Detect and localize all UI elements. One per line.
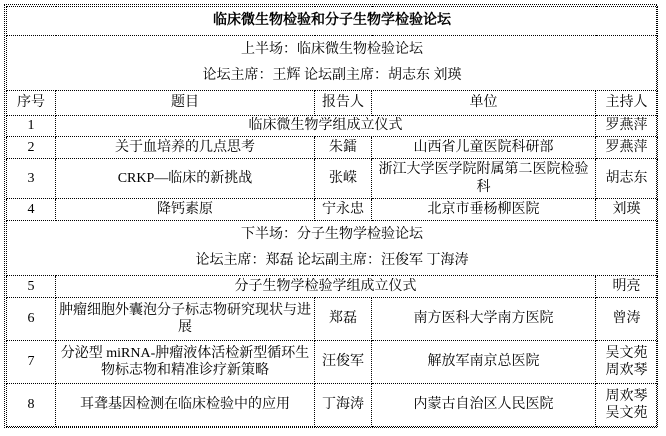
section-2-chairs: 论坛主席：郑磊 论坛副主席：汪俊军 丁海涛 xyxy=(9,248,655,274)
row-no: 4 xyxy=(7,199,56,221)
row-host: 明亮 xyxy=(596,276,658,298)
row-speaker: 张嵘 xyxy=(315,159,372,199)
row-host: 罗燕萍 xyxy=(596,137,658,159)
row-speaker: 丁海涛 xyxy=(315,384,372,427)
row-host: 周欢琴 吴文苑 xyxy=(596,384,658,427)
table-row-4: 4 降钙素原 宁永忠 北京市垂杨柳医院 刘瑛 xyxy=(7,199,658,221)
section-1-info: 上半场：临床微生物检验论坛 论坛主席：王辉 论坛副主席：胡志东 刘瑛 xyxy=(7,36,658,91)
row-no: 5 xyxy=(7,276,56,298)
row-no: 1 xyxy=(7,116,56,137)
row-title: 关于血培养的几点思考 xyxy=(56,137,315,159)
conference-program-page: 临床微生物检验和分子生物学检验论坛 上半场：临床微生物检验论坛 论坛主席：王辉 … xyxy=(0,0,666,436)
table-row-6: 6 肿瘤细胞外囊泡分子标志物研究现状与进展 郑磊 南方医科大学南方医院 曾涛 xyxy=(7,298,658,341)
table-row-1: 1 临床微生物学组成立仪式 罗燕萍 xyxy=(7,116,658,137)
row-host: 刘瑛 xyxy=(596,199,658,221)
col-header-title: 题目 xyxy=(56,91,315,116)
row-host: 胡志东 xyxy=(596,159,658,199)
col-header-no: 序号 xyxy=(7,91,56,116)
row-org: 南方医科大学南方医院 xyxy=(372,298,596,341)
section-1-chairs: 论坛主席：王辉 论坛副主席：胡志东 刘瑛 xyxy=(9,63,655,89)
row-org: 内蒙古自治区人民医院 xyxy=(372,384,596,427)
table-row-5: 5 分子生物学检验学组成立仪式 明亮 xyxy=(7,276,658,298)
row-title: 降钙素原 xyxy=(56,199,315,221)
row-no: 8 xyxy=(7,384,56,427)
row-title: 耳聋基因检测在临床检验中的应用 xyxy=(56,384,315,427)
section-2-row: 下半场：分子生物学检验论坛 论坛主席：郑磊 论坛副主席：汪俊军 丁海涛 xyxy=(7,221,658,276)
row-no: 6 xyxy=(7,298,56,341)
row-title: 分子生物学检验学组成立仪式 xyxy=(56,276,596,298)
row-no: 2 xyxy=(7,137,56,159)
row-title: 肿瘤细胞外囊泡分子标志物研究现状与进展 xyxy=(56,298,315,341)
row-speaker: 郑磊 xyxy=(315,298,372,341)
table-row-8: 8 耳聋基因检测在临床检验中的应用 丁海涛 内蒙古自治区人民医院 周欢琴 吴文苑 xyxy=(7,384,658,427)
row-host: 曾涛 xyxy=(596,298,658,341)
row-speaker: 宁永忠 xyxy=(315,199,372,221)
row-no: 7 xyxy=(7,341,56,384)
table-row-2: 2 关于血培养的几点思考 朱鐳 山西省儿童医院科研部 罗燕萍 xyxy=(7,137,658,159)
table-title-row: 临床微生物检验和分子生物学检验论坛 xyxy=(7,7,658,36)
section-1-session: 上半场：临床微生物检验论坛 xyxy=(9,37,655,63)
row-no: 3 xyxy=(7,159,56,199)
row-org: 浙江大学医学院附属第二医院检验科 xyxy=(372,159,596,199)
row-host: 吴文苑 周欢琴 xyxy=(596,341,658,384)
section-2-session: 下半场：分子生物学检验论坛 xyxy=(9,222,655,248)
col-header-speaker: 报告人 xyxy=(315,91,372,116)
program-table: 临床微生物检验和分子生物学检验论坛 上半场：临床微生物检验论坛 论坛主席：王辉 … xyxy=(6,6,658,427)
col-header-org: 单位 xyxy=(372,91,596,116)
row-org: 解放军南京总医院 xyxy=(372,341,596,384)
table-row-3: 3 CRKP—临床的新挑战 张嵘 浙江大学医学院附属第二医院检验科 胡志东 xyxy=(7,159,658,199)
row-org: 山西省儿童医院科研部 xyxy=(372,137,596,159)
table-header-row: 序号 题目 报告人 单位 主持人 xyxy=(7,91,658,116)
col-header-host: 主持人 xyxy=(596,91,658,116)
row-title: 分泌型 miRNA-肿瘤液体活检新型循环生物标志物和精准诊疗新策略 xyxy=(56,341,315,384)
row-speaker: 汪俊军 xyxy=(315,341,372,384)
table-row-7: 7 分泌型 miRNA-肿瘤液体活检新型循环生物标志物和精准诊疗新策略 汪俊军 … xyxy=(7,341,658,384)
row-speaker: 朱鐳 xyxy=(315,137,372,159)
forum-title: 临床微生物检验和分子生物学检验论坛 xyxy=(7,7,658,36)
row-title: 临床微生物学组成立仪式 xyxy=(56,116,596,137)
program-table-outer-border: 临床微生物检验和分子生物学检验论坛 上半场：临床微生物检验论坛 论坛主席：王辉 … xyxy=(4,4,657,428)
row-host: 罗燕萍 xyxy=(596,116,658,137)
section-2-info: 下半场：分子生物学检验论坛 论坛主席：郑磊 论坛副主席：汪俊军 丁海涛 xyxy=(7,221,658,276)
section-1-row: 上半场：临床微生物检验论坛 论坛主席：王辉 论坛副主席：胡志东 刘瑛 xyxy=(7,36,658,91)
row-org: 北京市垂杨柳医院 xyxy=(372,199,596,221)
row-title: CRKP—临床的新挑战 xyxy=(56,159,315,199)
